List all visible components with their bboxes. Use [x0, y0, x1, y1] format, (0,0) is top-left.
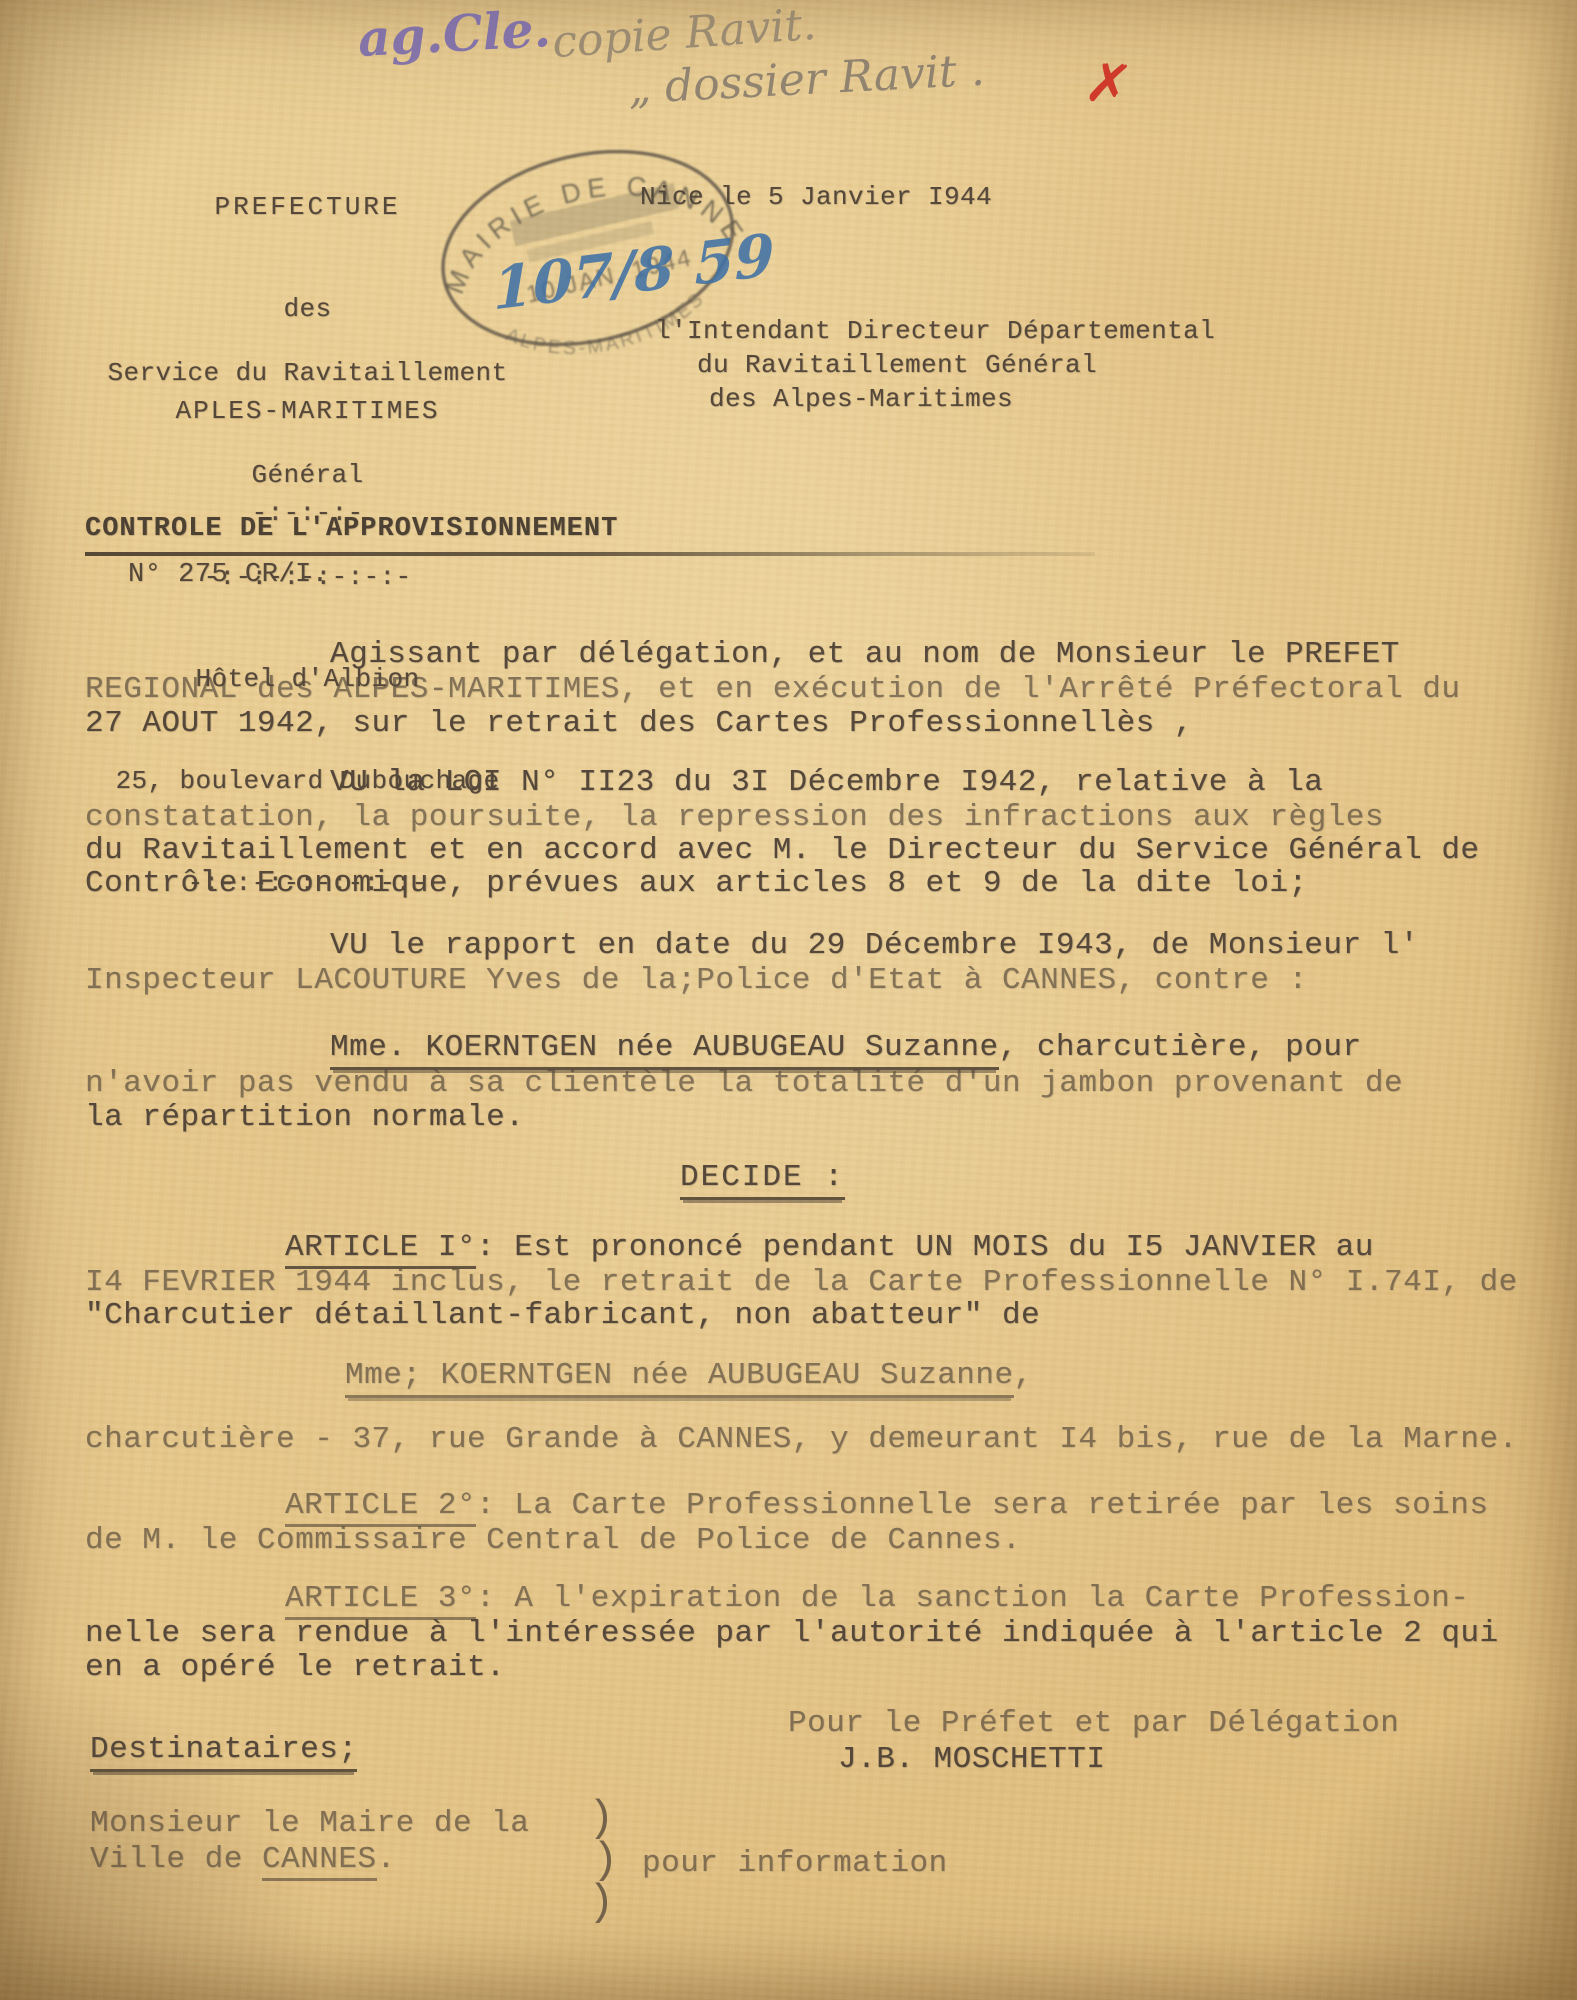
para4-line3: la répartition normale. [85, 1100, 524, 1135]
destinataire-line1: Monsieur le Maire de la [90, 1806, 529, 1841]
destinataires-heading: Destinataires; [90, 1732, 357, 1767]
recipient-line-3: des Alpes-Maritimes [709, 384, 1013, 414]
destinataires-label: Destinataires; [90, 1732, 357, 1772]
defendant-intro-line: Mme. KOERNTGEN née AUBUGEAU Suzanne, cha… [330, 1030, 1362, 1065]
article1-rest: : Est prononcé pendant UN MOIS du I5 JAN… [476, 1230, 1374, 1265]
red-x-mark: ✗ [1081, 49, 1137, 120]
para4-line2: n'avoir pas vendu à sa clientèle la tota… [85, 1066, 1403, 1101]
signature-name: J.B. MOSCHETTI [838, 1742, 1105, 1777]
title-underline-rule [85, 552, 1095, 556]
article1-line2: I4 FEVRIER 1944 inclus, le retrait de la… [85, 1265, 1518, 1300]
article1-line3: "Charcutier détaillant-fabricant, non ab… [85, 1298, 1040, 1333]
defendant-name: Mme. KOERNTGEN née AUBUGEAU Suzanne [330, 1030, 999, 1070]
para1-line1: Agissant par délégation, et au nom de Mo… [330, 637, 1400, 672]
article1-line1: ARTICLE I°: Est prononcé pendant UN MOIS… [285, 1230, 1374, 1265]
para2-line3: du Ravitaillement et en accord avec M. l… [85, 833, 1480, 868]
article2-line2: de M. le Commissaire Central de Police d… [85, 1523, 1021, 1558]
para2-line4: Contrôle Economique, prévues aux article… [85, 866, 1308, 901]
article3-line3: en a opéré le retrait. [85, 1650, 505, 1685]
destinataire-line2: Ville de CANNES. [90, 1842, 396, 1877]
para3-line1: VU le rapport en date du 29 Décembre I94… [330, 928, 1419, 963]
article3-rest: : A l'expiration de la sanction la Carte… [476, 1581, 1469, 1616]
decide-text: DECIDE : [680, 1160, 845, 1200]
article1-label: ARTICLE I° [285, 1230, 476, 1269]
article3-line2: nelle sera rendue à l'intéressée par l'a… [85, 1616, 1499, 1651]
para2-line2: constatation, la poursuite, la repressio… [85, 800, 1384, 835]
defendant-rest: , charcutière, pour [999, 1030, 1362, 1065]
address-line: charcutière - 37, rue Grande à CANNES, y… [85, 1422, 1518, 1457]
doc-reference-number: N° 275 CR/I. [128, 560, 328, 590]
destinataire-city-pre: Ville de [90, 1842, 262, 1877]
article3-label: ARTICLE 3° [285, 1581, 476, 1620]
defendant-name-line: Mme; KOERNTGEN née AUBUGEAU Suzanne, [345, 1358, 1033, 1393]
article2-line1: ARTICLE 2°: La Carte Professionnelle ser… [285, 1488, 1489, 1523]
defendant-name-2: Mme; KOERNTGEN née AUBUGEAU Suzanne [345, 1358, 1014, 1398]
para2-line1: VU la LOI N° II23 du 3I Décembre I942, r… [330, 765, 1323, 800]
signature-delegation: Pour le Préfet et par Délégation [788, 1706, 1399, 1741]
bracket-3: ) [588, 1878, 614, 1928]
para1-line2: REGIONAL des ALPES-MARITIMES, et en exéc… [85, 672, 1460, 707]
para3-line2: Inspecteur LACOUTURE Yves de la;Police d… [85, 963, 1308, 998]
scanned-document-page: { "colors": { "paper": "#e6c88c", "ink":… [0, 0, 1577, 2000]
decide-heading: DECIDE : [680, 1160, 845, 1195]
article2-rest: : La Carte Professionnelle sera retirée … [476, 1488, 1488, 1523]
purple-ink-note: ag.Cle. [357, 0, 553, 68]
letterhead-line-general: Général [85, 458, 530, 492]
para1-line3: 27 AOUT 1942, sur le retrait des Cartes … [85, 706, 1193, 741]
info-note: pour information [642, 1846, 948, 1881]
destinataire-city: CANNES [262, 1842, 377, 1881]
doc-title: CONTROLE DE L'APPROVISIONNEMENT [85, 514, 618, 544]
article3-line1: ARTICLE 3°: A l'expiration de la sanctio… [285, 1581, 1469, 1616]
article2-label: ARTICLE 2° [285, 1488, 476, 1527]
defendant-name-comma: , [1014, 1358, 1033, 1393]
recipient-line-2: du Ravitaillement Général [697, 350, 1097, 380]
destinataire-city-post: . [377, 1842, 396, 1877]
recipient-line-1: l'Intendant Directeur Départemental [655, 316, 1215, 346]
